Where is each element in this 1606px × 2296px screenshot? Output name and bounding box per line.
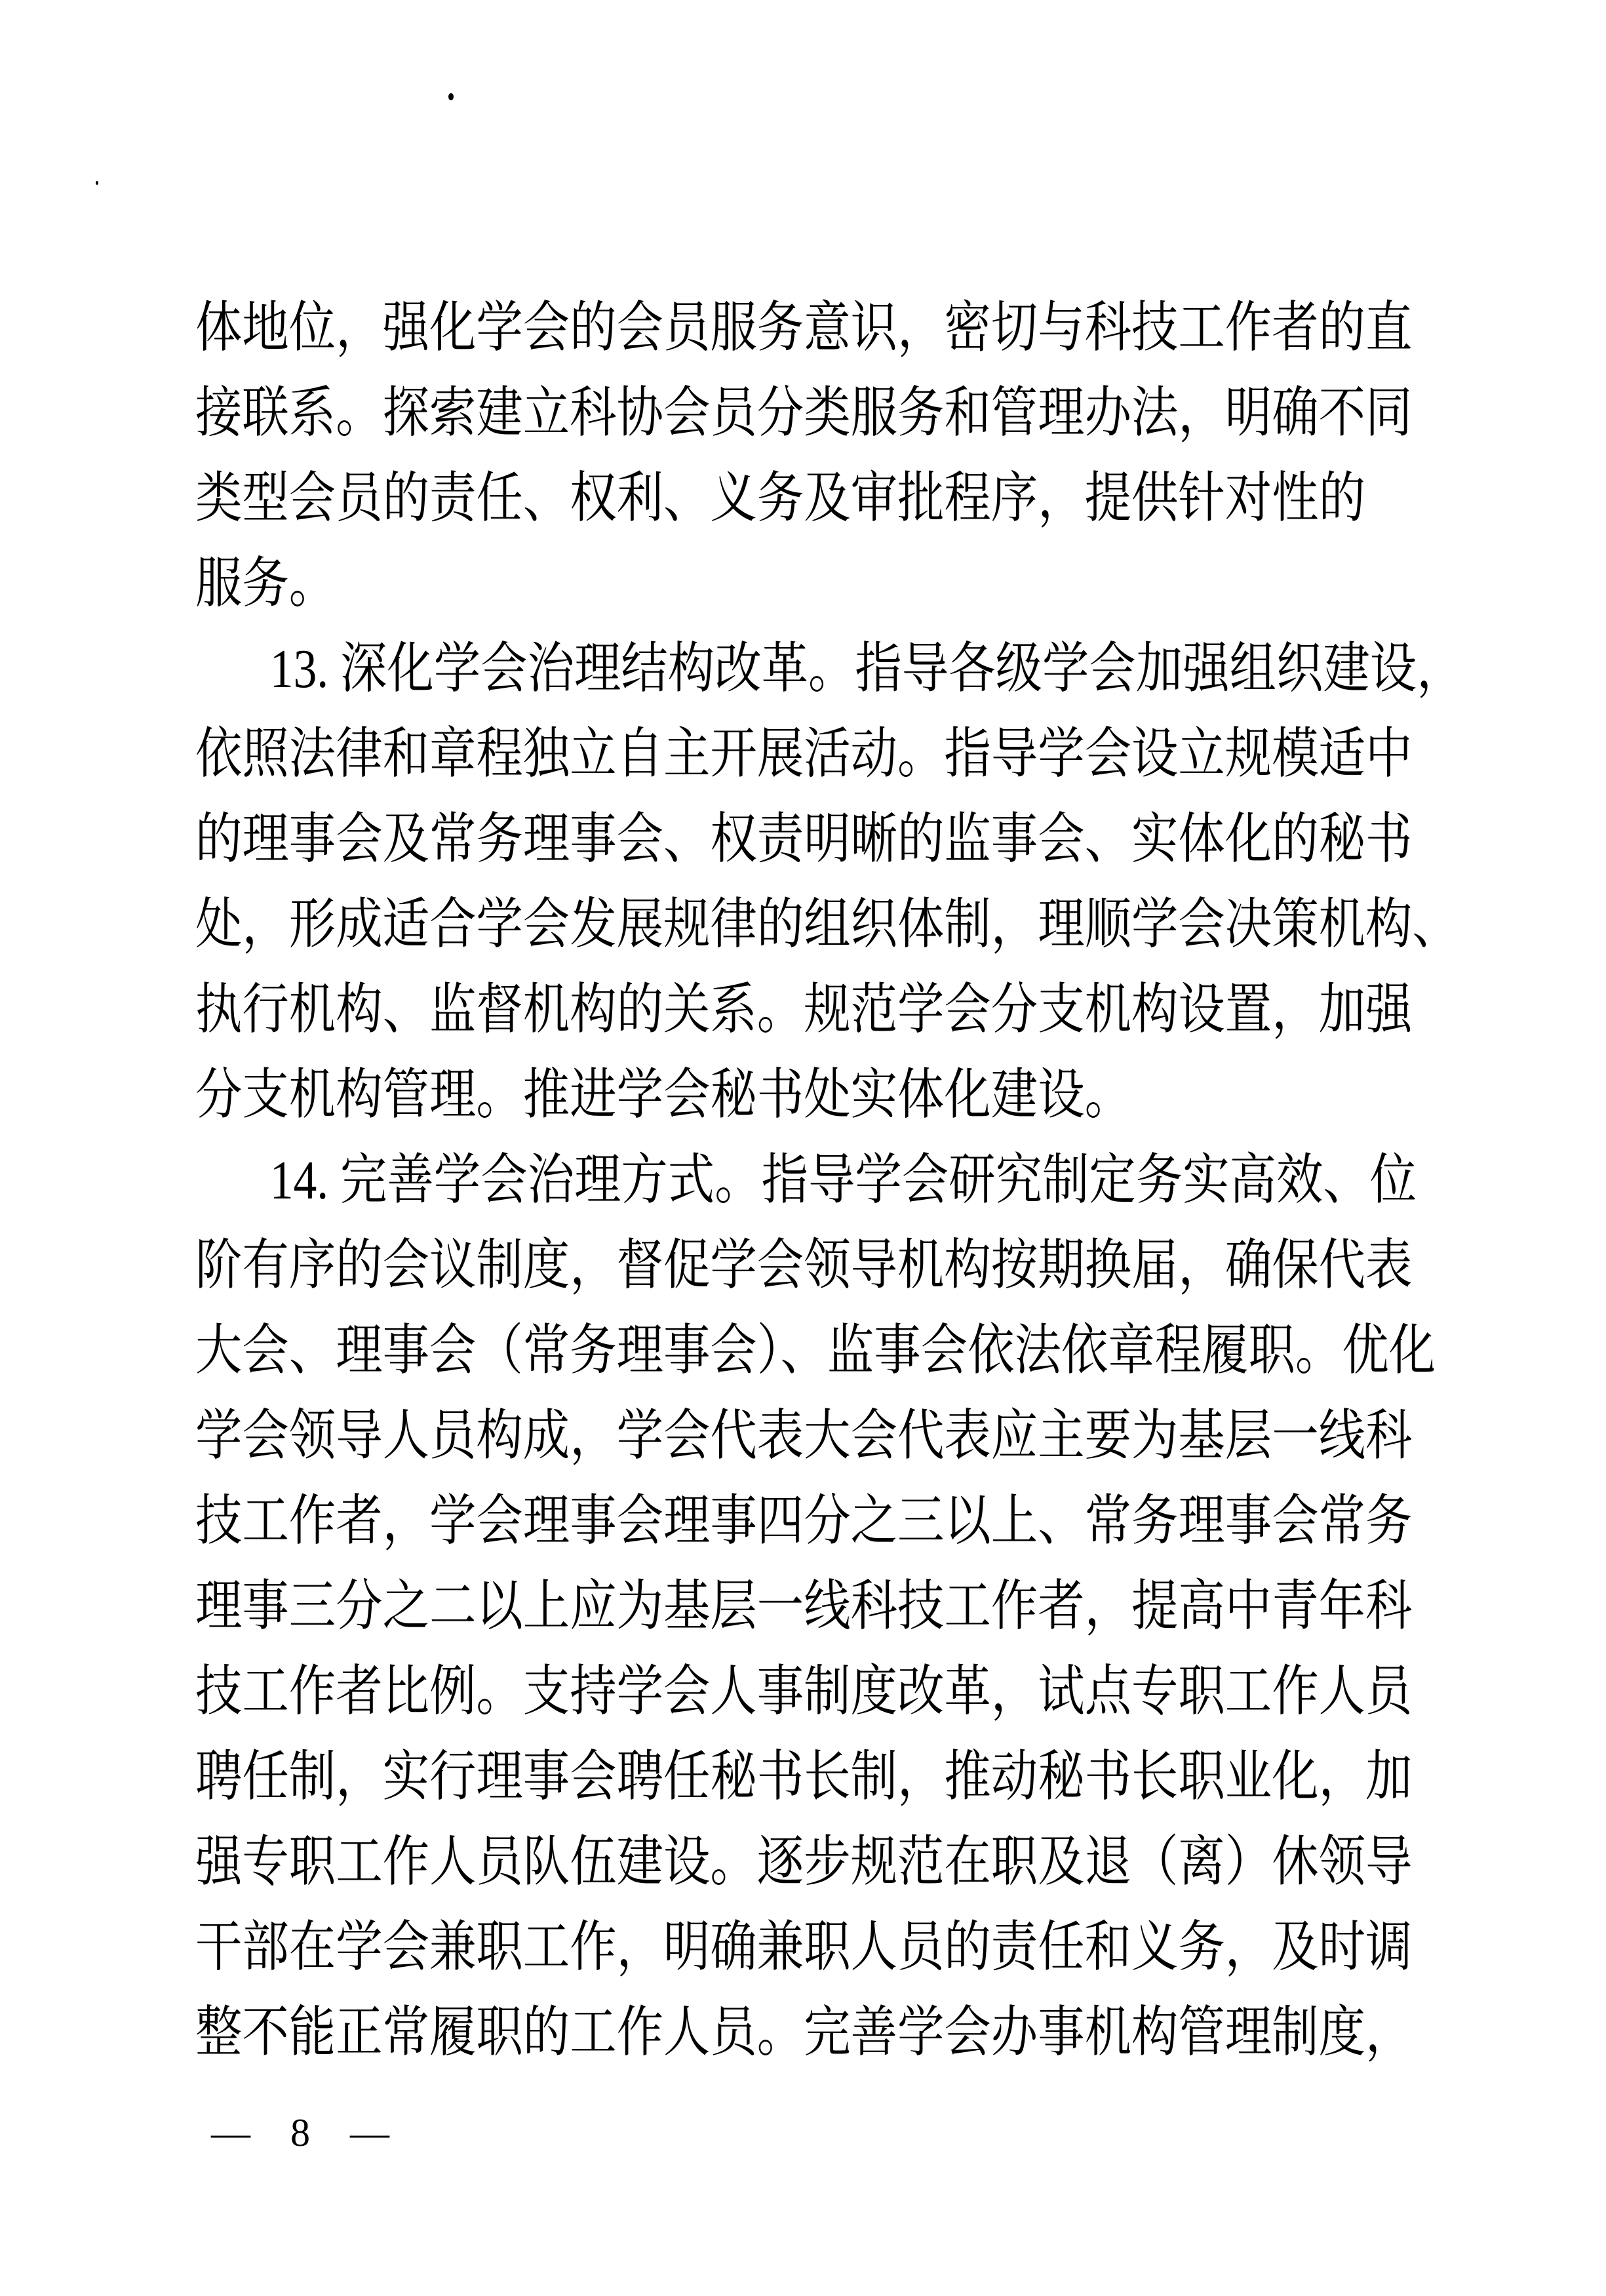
text-line: 技工作者比例。支持学会人事制度改革，试点专职工作人员: [195, 1650, 1238, 1735]
text-line: 技工作者，学会理事会理事四分之三以上、常务理事会常务: [195, 1479, 1238, 1564]
text-line: 阶有序的会议制度，督促学会领导机构按期换届，确保代表: [195, 1223, 1238, 1309]
body-text: 体地位，强化学会的会员服务意识，密切与科技工作者的直 接联系。探索建立科协会员分…: [195, 286, 1421, 2076]
text-line-numbered-item-14: 14. 完善学会治理方式。指导学会研究制定务实高效、位: [195, 1138, 1238, 1223]
text-line: 依照法律和章程独立自主开展活动。指导学会设立规模适中: [195, 712, 1238, 797]
text-line: 大会、理事会（常务理事会）、监事会依法依章程履职。优化: [195, 1309, 1238, 1394]
page-number-footer: — 8 —: [211, 2111, 389, 2154]
text-line: 强专职工作人员队伍建设。逐步规范在职及退（离）休领导: [195, 1820, 1238, 1905]
scan-speck: [448, 93, 454, 100]
text-line: 理事三分之二以上应为基层一线科技工作者，提高中青年科: [195, 1564, 1238, 1650]
text-line: 分支机构管理。推进学会秘书处实体化建设。: [195, 1053, 1238, 1138]
text-line: 执行机构、监督机构的关系。规范学会分支机构设置，加强: [195, 968, 1238, 1053]
text-line: 学会领导人员构成，学会代表大会代表应主要为基层一线科: [195, 1394, 1238, 1479]
document-page: 体地位，强化学会的会员服务意识，密切与科技工作者的直 接联系。探索建立科协会员分…: [0, 0, 1606, 2296]
text-line: 干部在学会兼职工作，明确兼职人员的责任和义务，及时调: [195, 1905, 1238, 1990]
scan-speck: [96, 181, 98, 185]
page-number: — 8 —: [211, 2111, 389, 2154]
text-line: 体地位，强化学会的会员服务意识，密切与科技工作者的直: [195, 286, 1238, 371]
text-line: 整不能正常履职的工作人员。完善学会办事机构管理制度，: [195, 1990, 1238, 2076]
text-line: 处，形成适合学会发展规律的组织体制，理顺学会决策机构、: [195, 882, 1238, 968]
text-line: 聘任制，实行理事会聘任秘书长制，推动秘书长职业化，加: [195, 1735, 1238, 1820]
text-line: 类型会员的责任、权利、义务及审批程序，提供针对性的: [195, 456, 1238, 542]
text-line: 的理事会及常务理事会、权责明晰的监事会、实体化的秘书: [195, 797, 1238, 882]
text-line-numbered-item-13: 13. 深化学会治理结构改革。指导各级学会加强组织建设，: [195, 627, 1238, 712]
text-line: 接联系。探索建立科协会员分类服务和管理办法，明确不同: [195, 371, 1238, 456]
text-line: 服务。: [195, 542, 1238, 627]
